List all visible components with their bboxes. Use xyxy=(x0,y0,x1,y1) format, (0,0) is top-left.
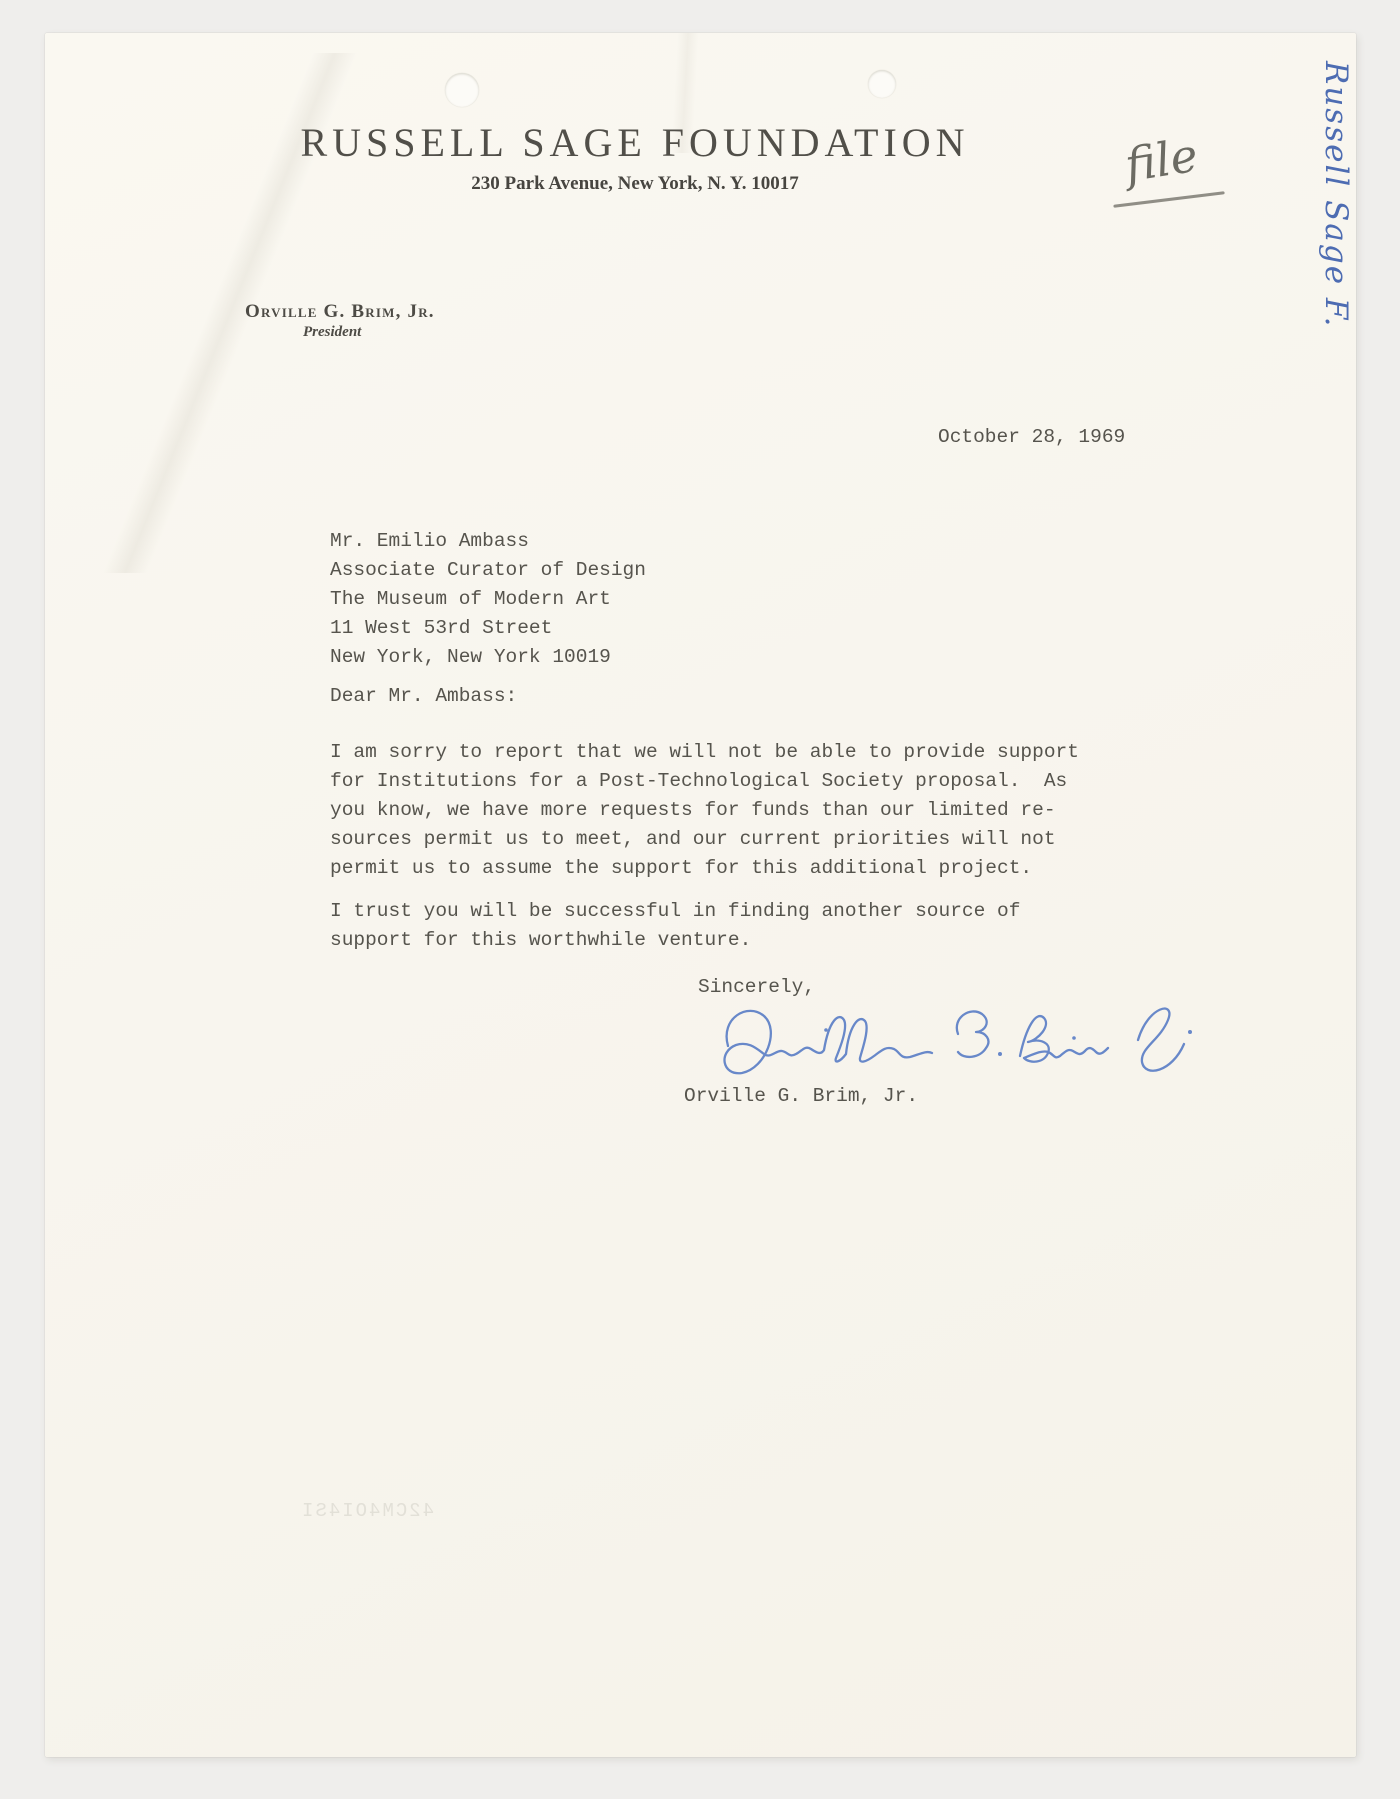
bleed-through-text: 42CM4OI4SI xyxy=(300,1500,434,1522)
handwritten-file-annotation: file xyxy=(1121,128,1201,193)
recipient-line: 11 West 53rd Street xyxy=(330,614,646,643)
letterhead-officer-name: Orville G. Brim, Jr. xyxy=(245,301,435,323)
body-line: sources permit us to meet, and our curre… xyxy=(330,825,1079,854)
body-line: you know, we have more requests for fund… xyxy=(330,796,1079,825)
salutation: Dear Mr. Ambass: xyxy=(330,682,517,711)
body-line: permit us to assume the support for this… xyxy=(330,854,1079,883)
recipient-line: New York, New York 10019 xyxy=(330,643,646,672)
signed-name-typed: Orville G. Brim, Jr. xyxy=(684,1082,918,1111)
recipient-address-block: Mr. Emilio Ambass Associate Curator of D… xyxy=(330,527,646,672)
punch-hole-right xyxy=(868,70,896,98)
recipient-line: The Museum of Modern Art xyxy=(330,585,646,614)
letterhead-address: 230 Park Avenue, New York, N. Y. 10017 xyxy=(235,173,1035,195)
letter-date: October 28, 1969 xyxy=(938,423,1125,452)
body-line: for Institutions for a Post-Technologica… xyxy=(330,767,1079,796)
letterhead-title: RUSSELL SAGE FOUNDATION xyxy=(235,119,1035,166)
body-paragraph-1: I am sorry to report that we will not be… xyxy=(330,738,1079,883)
pencil-stroke xyxy=(1113,191,1224,207)
body-paragraph-2: I trust you will be successful in findin… xyxy=(330,897,1020,955)
recipient-line: Mr. Emilio Ambass xyxy=(330,527,646,556)
punch-hole-left xyxy=(445,73,479,107)
recipient-line: Associate Curator of Design xyxy=(330,556,646,585)
letterhead-officer-title: President xyxy=(303,324,361,341)
body-line: support for this worthwhile venture. xyxy=(330,926,1020,955)
letter-paper: RUSSELL SAGE FOUNDATION 230 Park Avenue,… xyxy=(45,33,1356,1757)
body-line: I am sorry to report that we will not be… xyxy=(330,738,1079,767)
handwritten-margin-annotation: Russell Sage F. xyxy=(1318,61,1354,328)
scanned-letter-page: RUSSELL SAGE FOUNDATION 230 Park Avenue,… xyxy=(0,0,1400,1799)
body-line: I trust you will be successful in findin… xyxy=(330,897,1020,926)
